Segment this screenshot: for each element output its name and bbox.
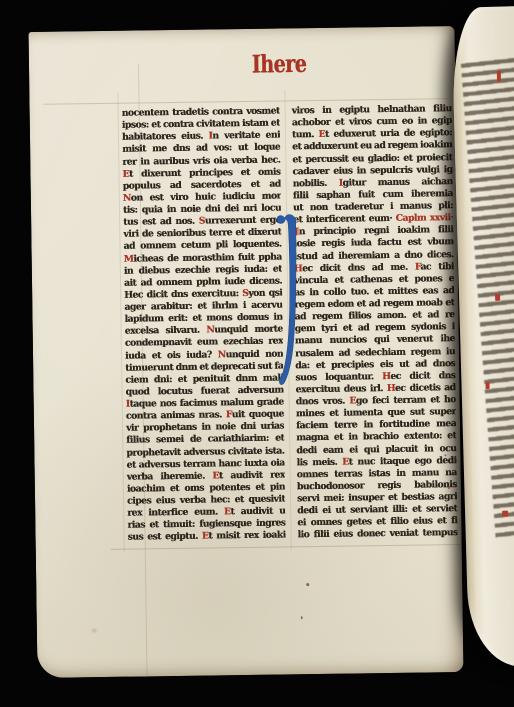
text-segment: dedi ei ut serviant illi: et serviet (297, 503, 457, 516)
text-segment: regem edom et ad regem moab et (294, 297, 454, 310)
text-segment: nocentem tradetis contra vosmet (122, 106, 280, 119)
rubricated-text: H (382, 371, 390, 382)
text-segment: icheas de morasthim fuit ppha (133, 251, 281, 264)
text-segment: ei omnes getes et filio eius et fi (297, 515, 457, 528)
rubricated-text: M (124, 253, 134, 264)
text-segment: rex interfice eum. (127, 506, 224, 518)
text-segment: suos loquantur. (295, 371, 382, 383)
text-line: sus est egiptu. Et misit rex ioaki (128, 530, 286, 544)
rubric-mark (495, 294, 500, 301)
rubric-mark (485, 382, 489, 389)
text-segment: magna et in brachio extento: et (296, 430, 456, 443)
text-segment: viros in egiptu helnathan filiu (292, 103, 452, 116)
text-segment: ait ad omnem pplm iude dicens. (124, 275, 282, 288)
text-segment: t misit rex ioaki (208, 530, 285, 542)
text-segment: ciem dni: et penituit dnm mali (125, 372, 283, 385)
text-segment: ager arabitur: et ihrlm i acervu (124, 299, 282, 312)
text-column-right: viros in egiptu helnathan filiuachobor e… (292, 103, 458, 542)
text-segment: et adduxerunt eu ad regem ioakim (292, 139, 452, 152)
manuscript-page: Ihere nocentem tradetis contra vosmetips… (29, 26, 464, 678)
ink-speck (301, 616, 303, 619)
text-segment: ad regem filios amon. et ad re (294, 309, 454, 322)
text-segment: achobor et viros cum eo in egip (292, 115, 452, 128)
text-segment: timuerunt dnm et deprecati sut fa (125, 360, 283, 373)
text-segment: buchodonosor regis babilonis (297, 479, 457, 492)
text-segment: faciem terre in fortitudine mea (296, 418, 456, 431)
text-segment: vincula et cathenas et pones e (294, 273, 454, 286)
red-speck (444, 454, 446, 456)
text-segment: go feci terram et ho (356, 394, 456, 406)
text-segment: t nuc itaque ego dedi (349, 455, 457, 468)
text-segment: ut non traderetur i manus pli: (293, 200, 453, 213)
rubricated-text: N (206, 325, 214, 336)
text-segment: mines et iumenta que sut super (296, 406, 456, 419)
ink-speck (306, 583, 309, 586)
text-segment: tus est ad nos. (123, 216, 199, 228)
text-segment: dnos vros. (296, 396, 350, 408)
text-segment: dedi eam ei qui placuit in ocu (296, 443, 456, 456)
text-segment: ec dicit dns ad me. (302, 261, 415, 274)
text-segment: misit me dns ad vos: ut loque (122, 142, 280, 155)
text-segment: unquid non (226, 348, 284, 360)
text-segment: sus est egiptu. (128, 531, 202, 543)
text-segment: nobilis. (293, 177, 339, 189)
ruling-line-bottom (111, 544, 461, 550)
text-segment: as in collo tuo. et mittes eas ad (294, 285, 454, 298)
text-segment: omnes terras istas in manu na (297, 467, 457, 480)
text-segment: da: et precipies eis ut ad dnos (295, 358, 455, 371)
text-segment: viri de senioribus terre et dixerut (123, 227, 281, 240)
text-segment: rer in auribus vris oia verba hec. (122, 154, 280, 167)
text-segment: et interficerent eum· (293, 213, 396, 225)
text-segment: n principio regni ioakim filii (299, 224, 454, 237)
text-segment: t audivit u (230, 506, 285, 518)
text-segment: ad omnem cetum pli loquentes. (123, 239, 281, 252)
running-title: Ihere (239, 50, 319, 79)
text-segment: ipsos: et contra civitatem istam et (122, 118, 280, 131)
text-segment: et percussit eu gladio: et proiecit (292, 152, 452, 165)
text-segment: iosie regis iuda factu est vbum (293, 236, 453, 249)
manuscript-photo: Ihere nocentem tradetis contra vosmetips… (0, 0, 514, 707)
rubricated-text: N (218, 349, 226, 360)
facing-page-text-lines (461, 57, 514, 538)
text-segment: manu nuncios qui venerut ihe (295, 333, 455, 346)
illuminated-initial-I (276, 210, 301, 391)
text-segment: urrexerunt ergo (205, 215, 282, 227)
text-segment: lapidum erit: et mons domus in (124, 312, 282, 325)
rubric-mark (497, 71, 501, 82)
text-segment: lio filii eius donec veniat tempus (297, 527, 457, 540)
text-segment: filii saphan fuit cum iheremia (293, 188, 453, 201)
text-segment: exercituu deus irl. (295, 383, 386, 395)
text-segment: rusalem ad sedechiam regem iu (295, 346, 455, 359)
text-segment: t dixerunt principes et omis (129, 166, 281, 179)
text-segment: uit quoque (232, 409, 284, 421)
rubricated-text: N (123, 192, 131, 203)
smudge (92, 629, 97, 632)
text-segment: istud ad iheremiam a dno dices. (294, 249, 454, 262)
text-segment: lis meis. (296, 456, 342, 468)
text-segment: ac tibi (420, 261, 454, 272)
text-segment: cipes eius verba hec: et quesivit (127, 493, 285, 506)
rubricated-text: Caplm xxvii· (396, 212, 454, 224)
text-segment: condempnavit eum ezechias rex (125, 336, 283, 349)
text-segment: contra animas nras. (126, 409, 226, 421)
text-segment: cadaver eius in sepulcris vulgi ig (292, 164, 452, 177)
text-segment: prophetavit adversus civitate ista. (126, 445, 284, 458)
text-segment: t audivit rex (219, 469, 285, 481)
text-segment: excelsa silvaru. (125, 325, 207, 337)
text-segment: rias et timuit: fugiensque ingres (127, 518, 285, 531)
text-segment: vir prophetans in noie dni urias (126, 421, 284, 434)
text-segment: verba iheremie. (127, 470, 213, 482)
text-column-left: nocentem tradetis contra vosmetipsos: et… (122, 106, 286, 545)
text-segment: gem tyri et ad regem sydonis i (295, 321, 455, 334)
text-segment: Hec dicit dns exercituu: (124, 288, 242, 301)
text-segment: iuda et ois iuda? (125, 349, 218, 361)
red-speck (448, 486, 450, 489)
text-segment: tis: quia in noie dni dei nri locu (123, 202, 281, 215)
text-segment: servi mei: insuper et bestias agri (297, 491, 457, 504)
text-segment: et adversus terram hanc iuxta oia (126, 457, 284, 470)
text-segment: ec dicit dns (390, 370, 455, 382)
text-segment: filius semei de cariathiarim: et (126, 433, 284, 446)
text-segment: ioachim et oms potentes et pin (127, 481, 285, 494)
text-segment: unquid morte (214, 324, 283, 336)
text-segment: in diebus ezechie regis iuda: et (124, 263, 282, 276)
text-segment: gitur manus aichan (342, 176, 452, 189)
text-segment: taque nos facimus malum grade (129, 396, 283, 409)
text-segment: n veritate eni (212, 130, 280, 142)
text-segment: on est viro huic iudiciu mor (131, 190, 281, 203)
text-segment: tum. (292, 129, 319, 140)
text-segment: t eduxerut uria de egipto: (325, 127, 452, 140)
text-segment: ec dicetis ad (395, 382, 456, 394)
rubric-mark (502, 511, 508, 517)
text-segment: habitatores eius. (122, 131, 209, 143)
text-line: lio filii eius donec veniat tempus (297, 527, 457, 541)
